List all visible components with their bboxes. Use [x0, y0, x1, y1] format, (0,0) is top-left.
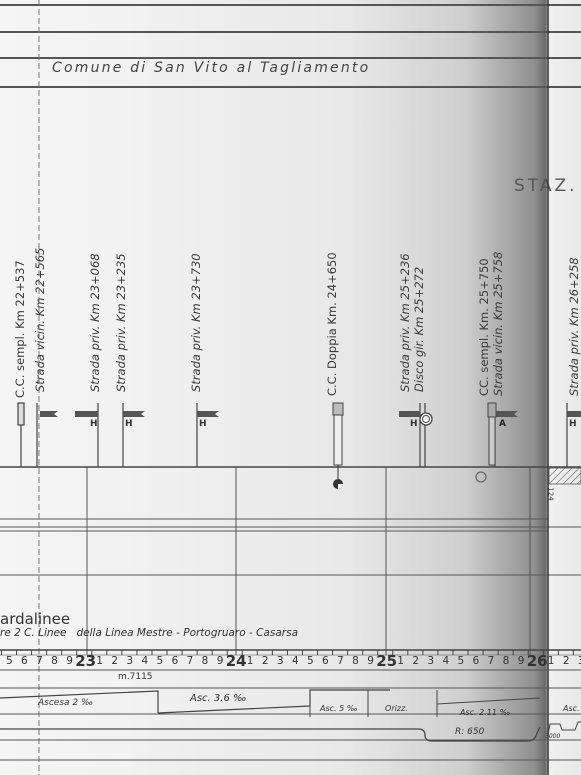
curve-label: R: 650: [455, 727, 484, 737]
hectometre-marker: 1: [247, 655, 254, 667]
hectometre-marker: 5: [307, 655, 314, 667]
distance-label: m.7115: [118, 672, 153, 682]
hectometre-marker: 6: [172, 655, 179, 667]
hectometre-marker: 3: [126, 655, 133, 667]
hectometre-marker: 4: [442, 655, 449, 667]
hectometre-marker: 5: [157, 655, 164, 667]
hectometre-marker: 9: [518, 655, 525, 667]
curve-label: 3000: [545, 733, 560, 740]
hectometre-marker: 7: [337, 655, 344, 667]
hectometre-marker: 9: [66, 655, 73, 667]
hectometre-marker: 4: [292, 655, 299, 667]
gradient-label: Asc. 2.11 ‰: [460, 708, 510, 717]
km-marker: 26: [527, 652, 548, 670]
hectometre-marker: 8: [51, 655, 58, 667]
hectometre-marker: 2: [111, 655, 118, 667]
hectometre-marker: 2: [563, 655, 570, 667]
hectometre-marker: 4: [141, 655, 148, 667]
hectometre-marker: 3: [427, 655, 434, 667]
hectometre-marker: 6: [473, 655, 480, 667]
hectometre-marker: 7: [187, 655, 194, 667]
hectometre-marker: 2: [262, 655, 269, 667]
hectometre-marker: 8: [202, 655, 209, 667]
gradient-label: Asc. 5 ‰: [320, 704, 358, 713]
hectometre-marker: 5: [6, 655, 13, 667]
hectometre-marker: 1: [96, 655, 103, 667]
hectometre-marker: 2: [412, 655, 419, 667]
hectometre-marker: 7: [36, 655, 43, 667]
hectometre-marker: 9: [217, 655, 224, 667]
km-marker: 25: [376, 652, 397, 670]
hectometre-marker: 1: [548, 655, 555, 667]
gradient-label: Asc. 3.6 ‰: [190, 693, 247, 704]
hectometre-marker: 9: [367, 655, 374, 667]
railway-profile-sheet: Comune di San Vito al Tagliamento STAZ. …: [0, 0, 581, 775]
km-marker: 23: [75, 652, 96, 670]
km-marker: 24: [226, 652, 247, 670]
hectometre-marker: 8: [503, 655, 510, 667]
hectometre-marker: 3: [277, 655, 284, 667]
hectometre-marker: 5: [458, 655, 465, 667]
gradient-label: Asc.: [563, 704, 580, 713]
hectometre-marker: 8: [352, 655, 359, 667]
hectometre-marker: 6: [21, 655, 28, 667]
hectometre-marker: 6: [322, 655, 329, 667]
hectometre-marker: 1: [397, 655, 404, 667]
gradient-label: Ascesa 2 ‰: [38, 698, 93, 708]
hectometre-marker: 7: [488, 655, 495, 667]
gradient-label: Orizz.: [385, 704, 408, 713]
